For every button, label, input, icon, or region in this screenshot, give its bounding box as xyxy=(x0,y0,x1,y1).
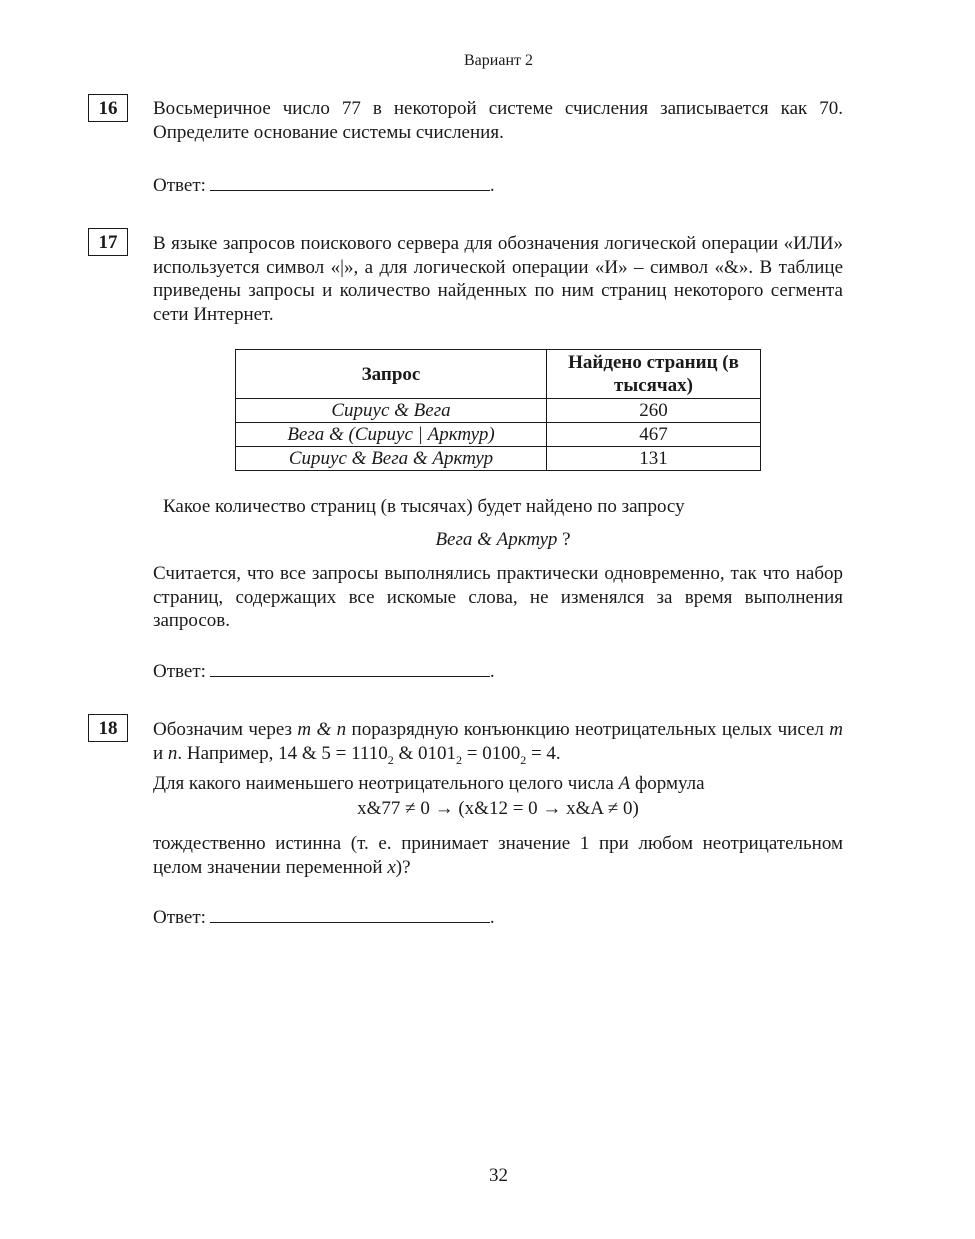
target-query: Вега & Арктур xyxy=(435,529,557,550)
query-table: Запрос Найдено страниц (в тысячах) Сириу… xyxy=(235,349,761,471)
question-number-16: 16 xyxy=(88,94,128,122)
question-18-tail: тождественно истинна (т. е. принимает зн… xyxy=(153,832,843,879)
query-cell: Сириус & Вега xyxy=(236,399,547,423)
table-header-row: Запрос Найдено страниц (в тысячах) xyxy=(236,350,761,399)
answer-16: Ответ:. xyxy=(153,172,495,197)
answer-label: Ответ: xyxy=(153,175,206,196)
answer-17-field[interactable] xyxy=(210,658,490,677)
question-number-17: 17 xyxy=(88,228,128,256)
question-18-formula: x&77 ≠ 0 → (x&12 = 0 → x&A ≠ 0) xyxy=(153,798,843,820)
question-17-note: Считается, что все запросы выполнялись п… xyxy=(153,562,843,633)
column-header-count: Найдено страниц (в тысячах) xyxy=(547,350,761,399)
table-row: Сириус & Вега 260 xyxy=(236,399,761,423)
count-cell: 260 xyxy=(547,399,761,423)
question-17-target: Вега & Арктур ? xyxy=(153,529,853,551)
answer-18: Ответ:. xyxy=(153,904,495,929)
table-row: Вега & (Сириус | Арктур) 467 xyxy=(236,423,761,447)
answer-17: Ответ:. xyxy=(153,658,495,683)
question-16-text: Восьмеричное число 77 в некоторой систем… xyxy=(153,97,843,144)
question-18-text: Обозначим через m & n поразрядную конъюн… xyxy=(153,718,843,795)
question-17-prompt: Какое количество страниц (в тысячах) буд… xyxy=(163,496,685,518)
count-cell: 131 xyxy=(547,447,761,471)
answer-label: Ответ: xyxy=(153,907,206,928)
count-cell: 467 xyxy=(547,423,761,447)
column-header-query: Запрос xyxy=(236,350,547,399)
query-cell: Сириус & Вега & Арктур xyxy=(236,447,547,471)
page-header: Вариант 2 xyxy=(0,52,975,70)
question-number-18: 18 xyxy=(88,714,128,742)
answer-label: Ответ: xyxy=(153,661,206,682)
query-cell: Вега & (Сириус | Арктур) xyxy=(236,423,547,447)
table-row: Сириус & Вега & Арктур 131 xyxy=(236,447,761,471)
answer-16-field[interactable] xyxy=(210,172,490,191)
question-17-intro: В языке запросов поискового сервера для … xyxy=(153,232,843,326)
page-number: 32 xyxy=(0,1165,975,1187)
answer-18-field[interactable] xyxy=(210,904,490,923)
